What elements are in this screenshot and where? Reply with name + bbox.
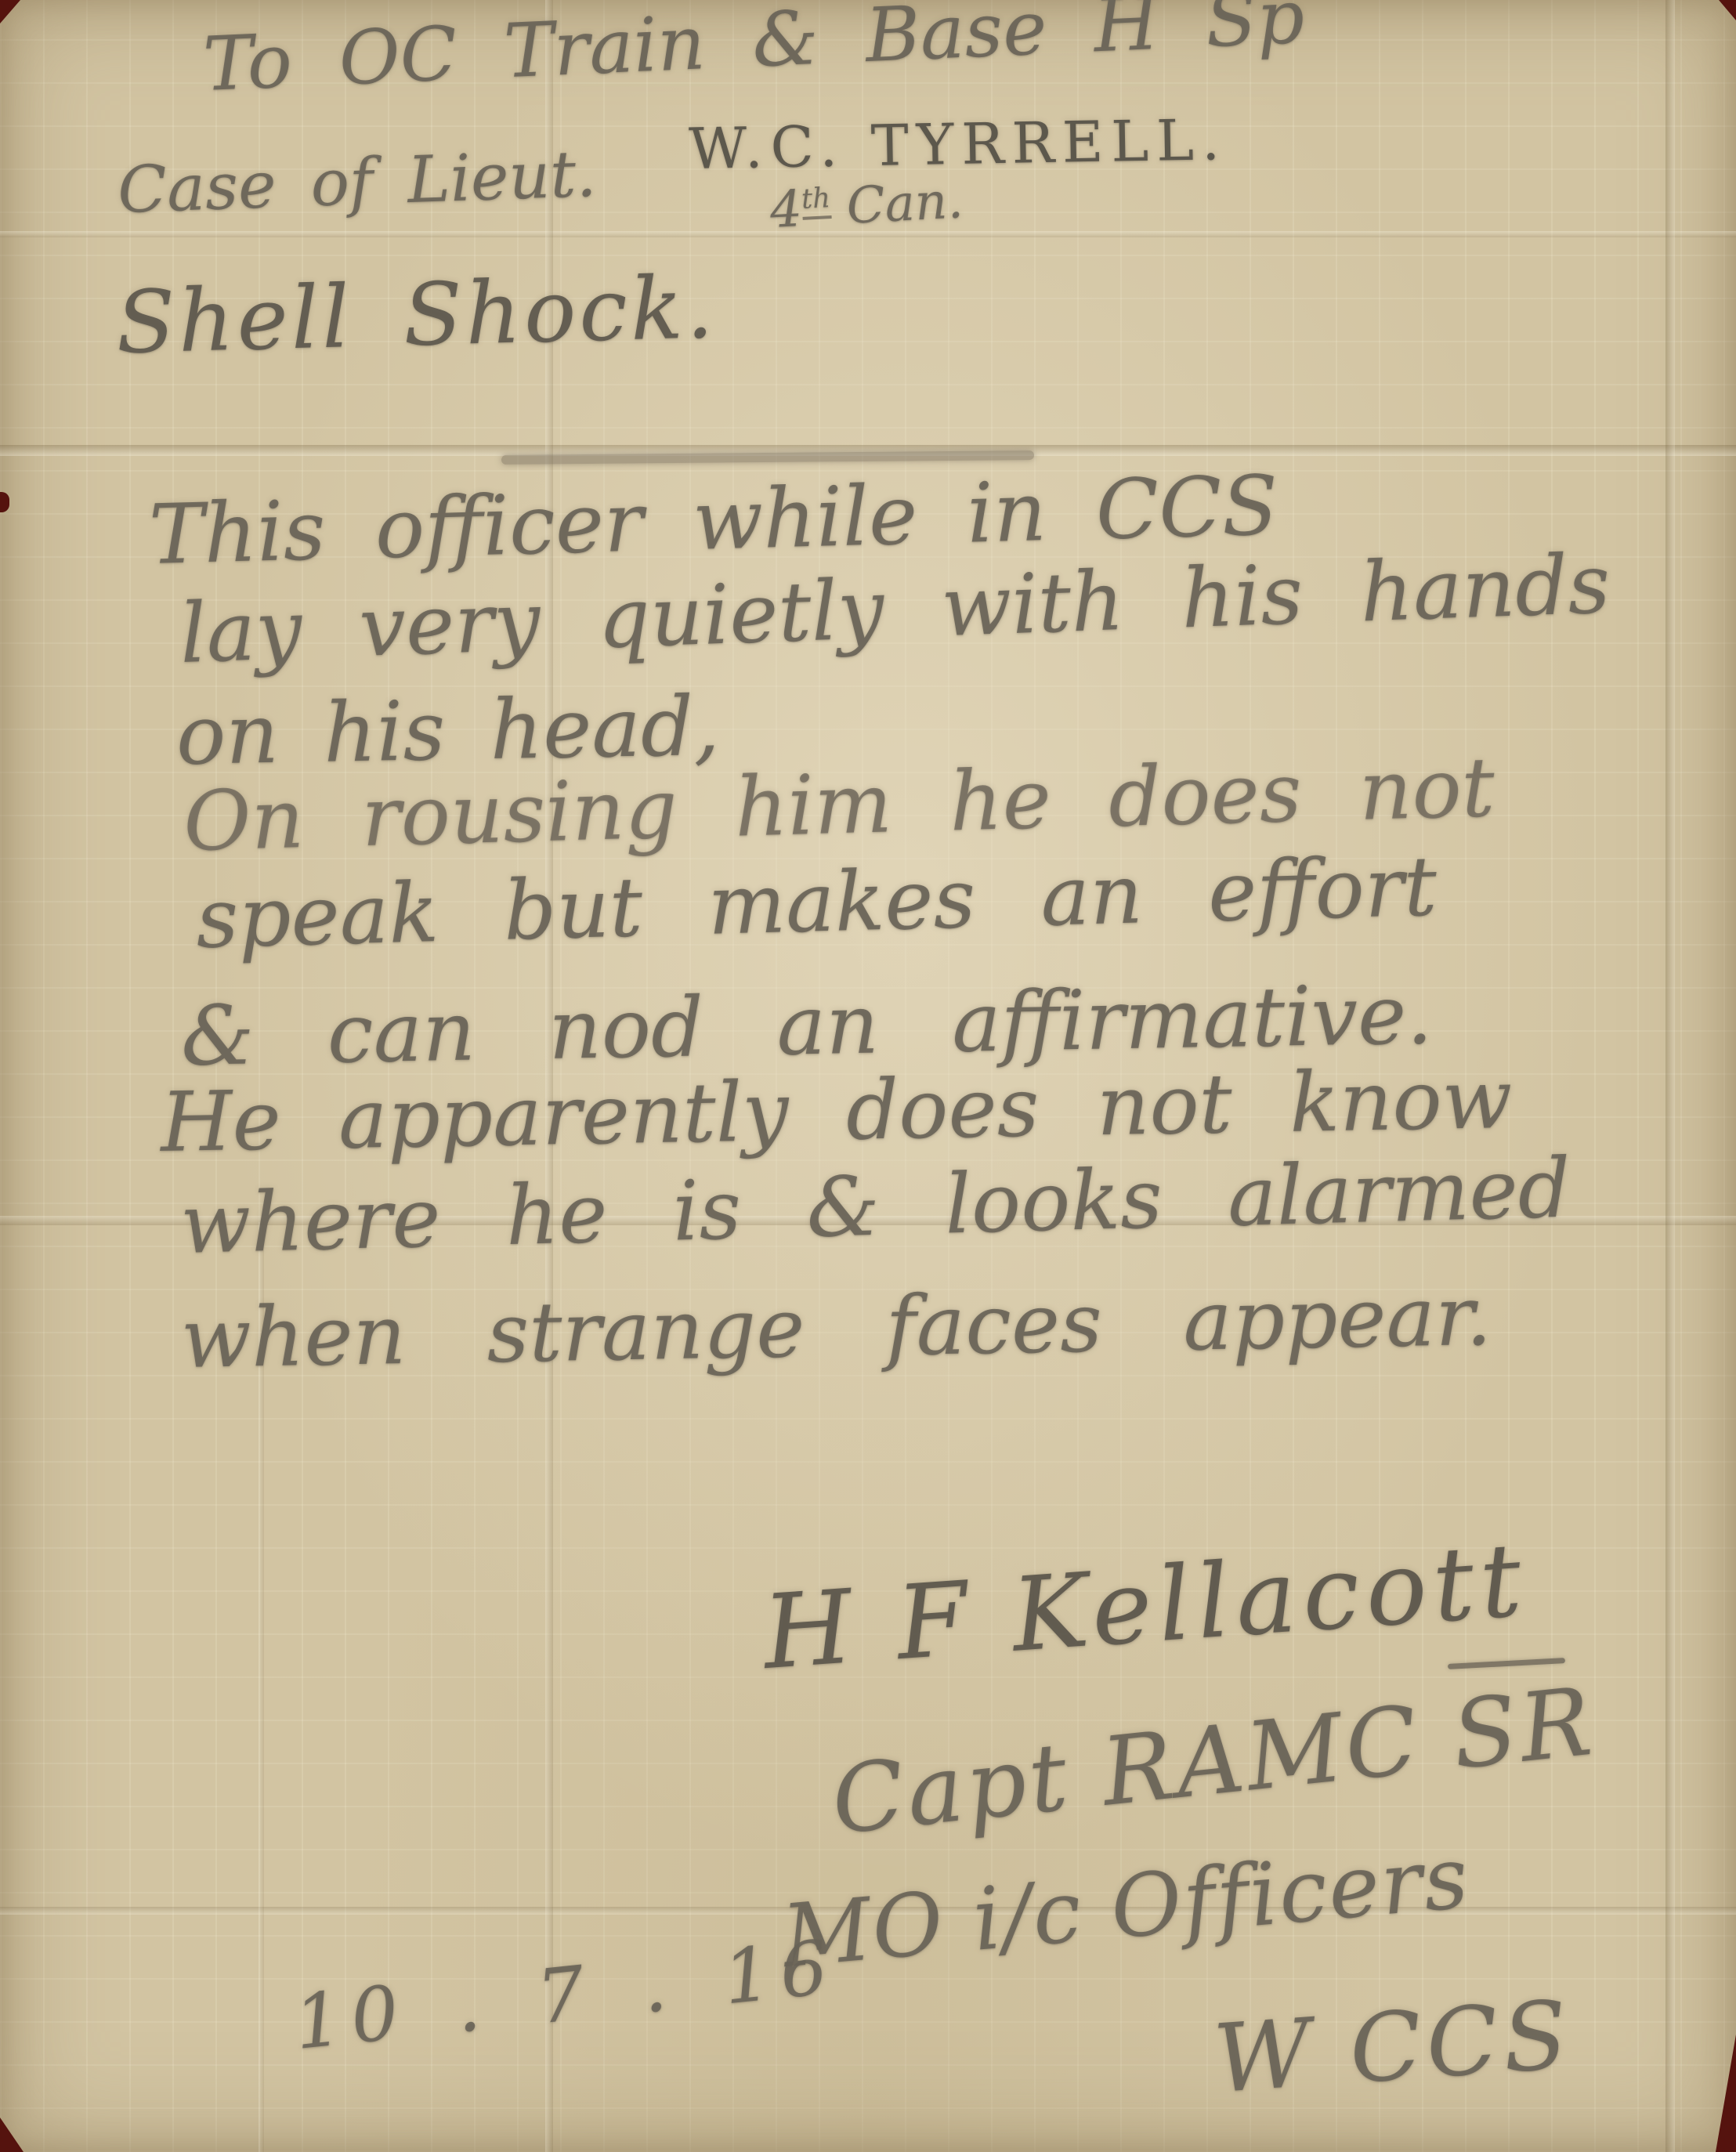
signature-rank: Capt RAMC SR: [826, 1668, 1599, 1856]
scan-corner: [0, 0, 20, 24]
scan-corner: [1719, 0, 1736, 20]
unit-name: Can.: [830, 172, 965, 237]
vertical-fold-crease: [1665, 0, 1675, 2152]
handwritten-note-page: To OC Train & Base H Sp Case of Lieut. W…: [0, 0, 1736, 2152]
unit-number: 4: [769, 180, 804, 240]
signature-unit: W CCS: [1210, 1980, 1575, 2114]
diagnosis-heading: Shell Shock.: [115, 257, 718, 373]
scan-corner: [1716, 2034, 1736, 2152]
patient-name: W.C. TYRRELL.: [689, 107, 1228, 182]
pencil-smudge: [501, 450, 1034, 465]
scan-corner: [0, 2118, 24, 2152]
unit-ordinal-suffix: th: [801, 182, 831, 220]
date: 10 . 7 . 16: [291, 1924, 841, 2067]
signature-flourish: [1448, 1658, 1565, 1669]
signature: H F Kellacott: [759, 1520, 1531, 1692]
patient-unit: 4th Can.: [769, 172, 964, 240]
address-line: To OC Train & Base H Sp: [201, 0, 1306, 108]
body-line: when strange faces appear.: [180, 1268, 1492, 1387]
case-line-prefix: Case of Lieut.: [117, 137, 598, 228]
scan-edge-mark: [0, 492, 9, 512]
